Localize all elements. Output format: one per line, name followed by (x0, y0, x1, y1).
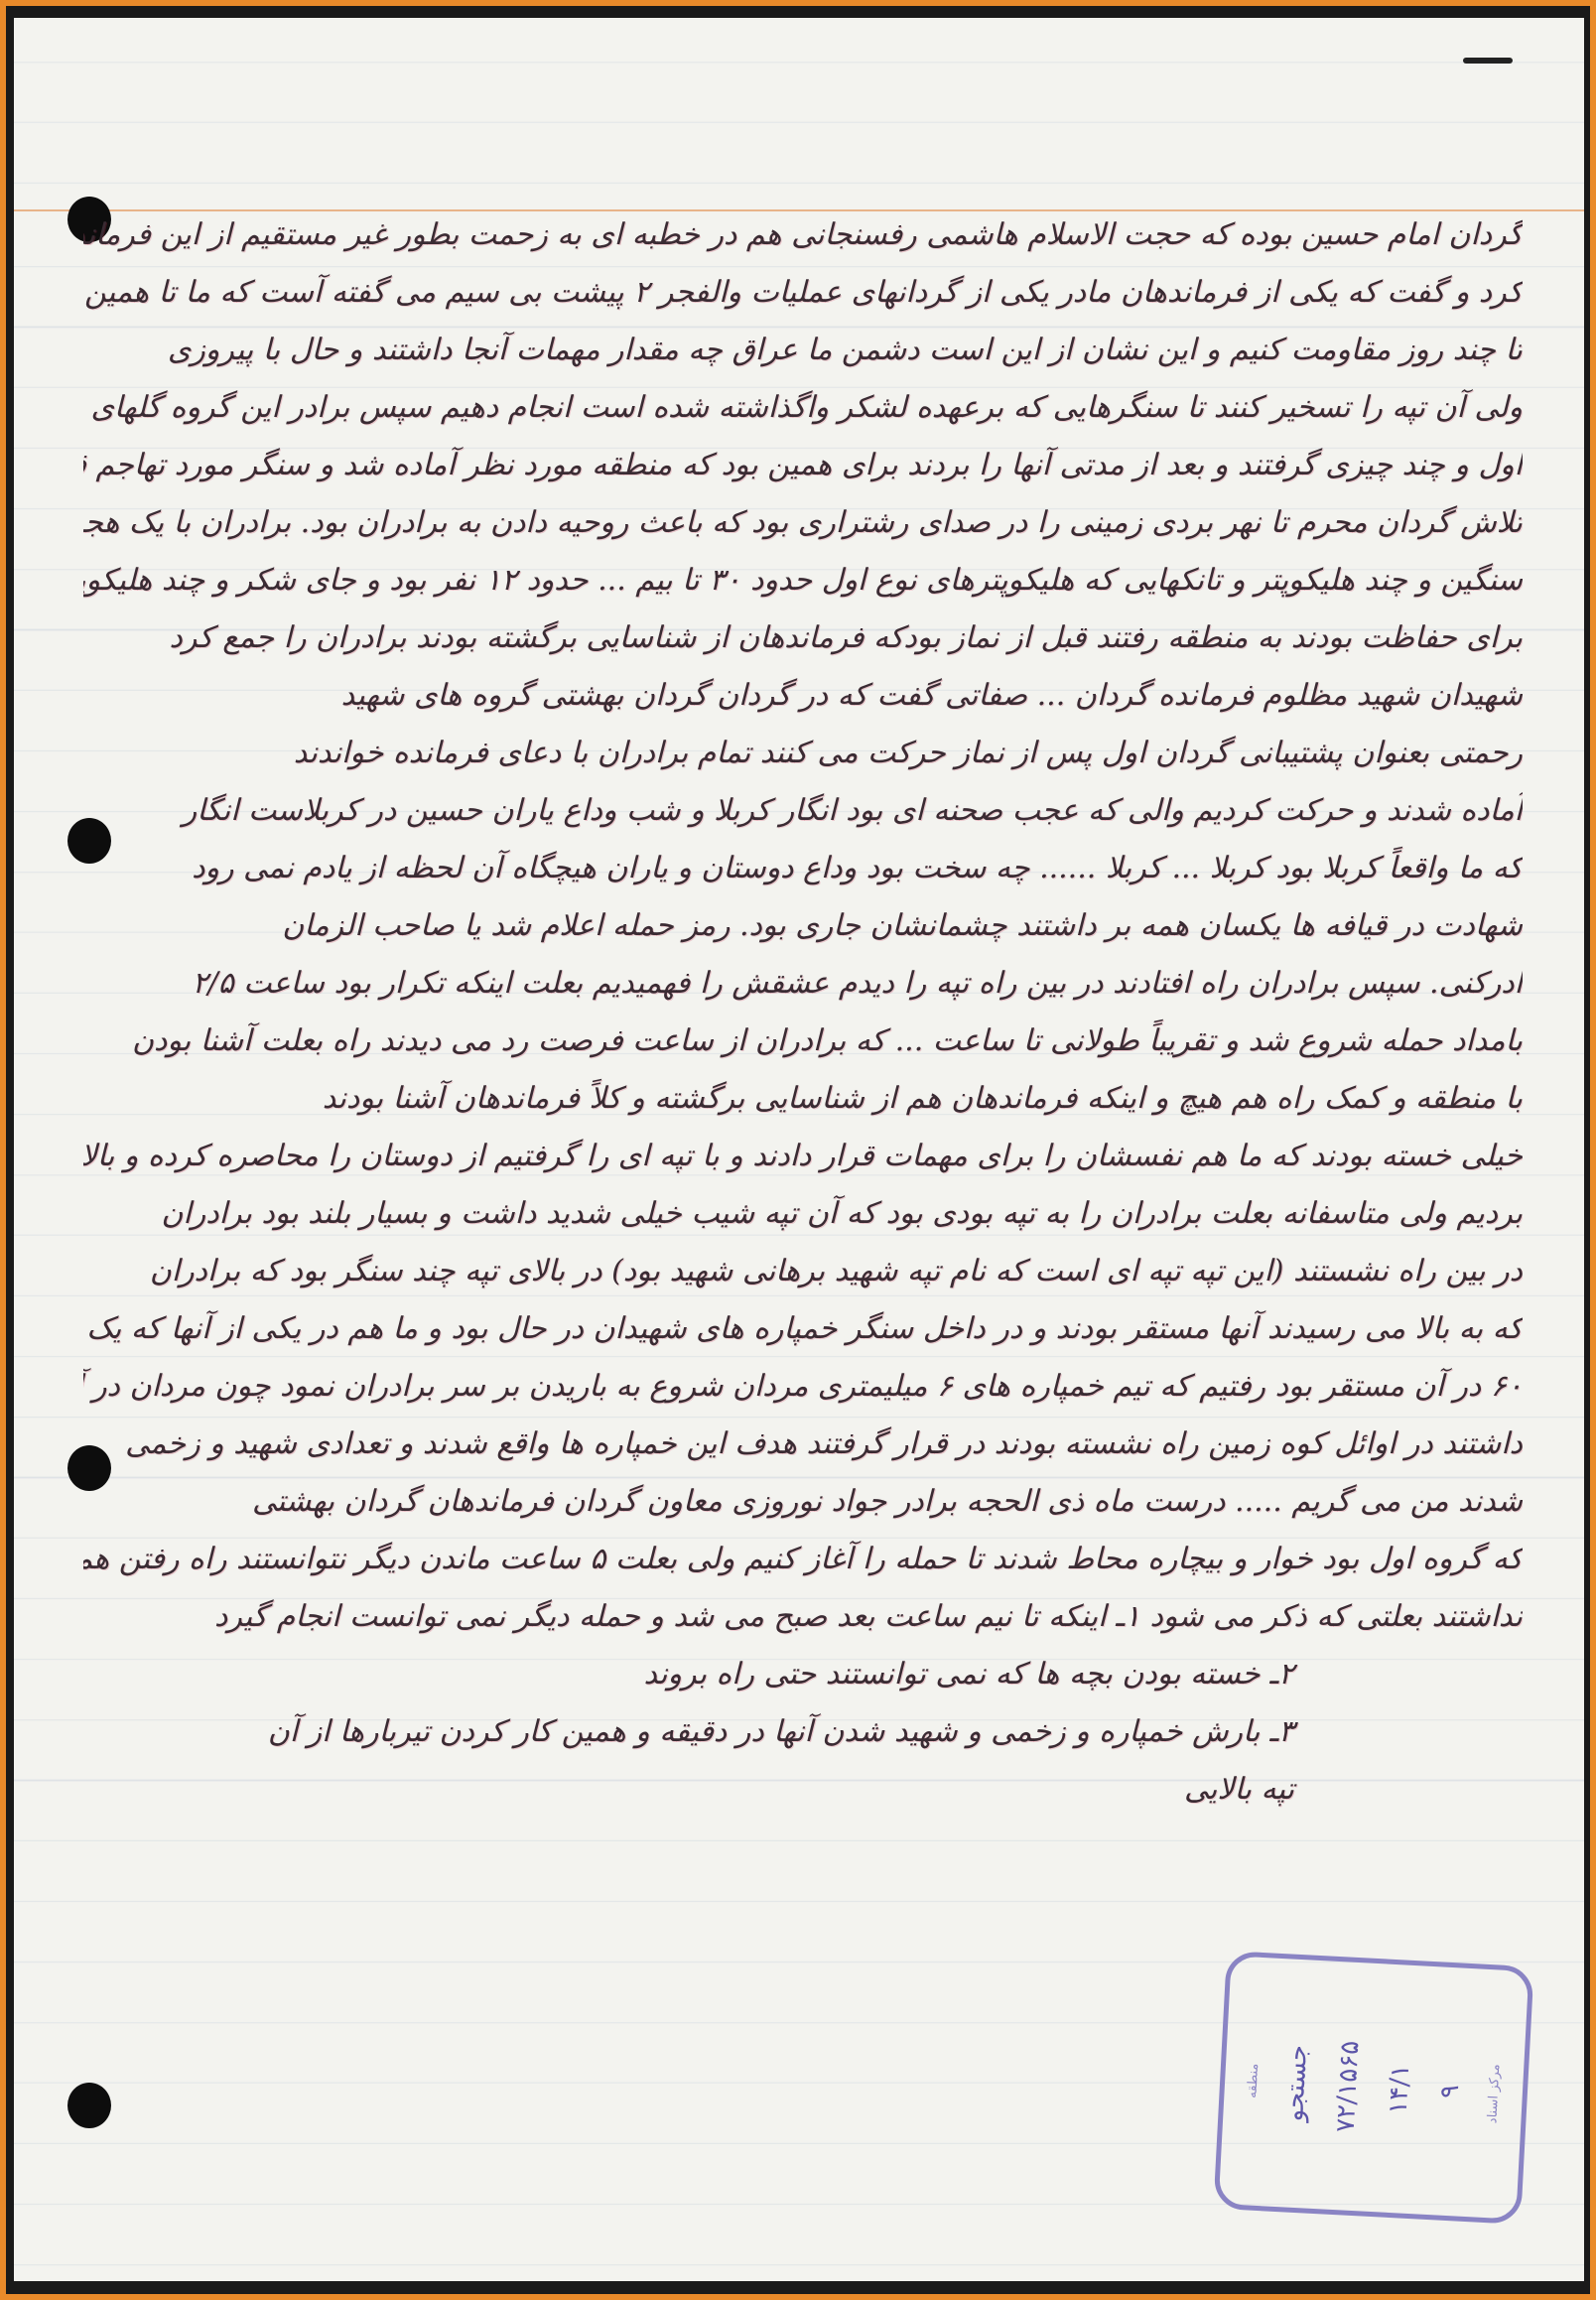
text-line: خیلی خسته بودند که ما هم نفسشان را برای … (83, 1128, 1523, 1185)
pen-mark (1463, 58, 1513, 64)
text-line: ادرکنی. سپس برادران راه افتادند در بین ر… (83, 955, 1523, 1013)
text-line: با منطقه و کمک راه هم هیچ و اینکه فرماند… (83, 1070, 1523, 1128)
text-line: نداشتند بعلتی که ذکر می شود ۱ـ اینکه تا … (83, 1588, 1523, 1646)
stamp-field: ۷۲/۱۵۶۵ (1331, 2040, 1366, 2133)
text-line: تلاش گردان محرم تا نهر بردی زمینی را در … (83, 494, 1523, 552)
text-line: داشتند در اوائل کوه زمین راه نشسته بودند… (83, 1416, 1523, 1473)
binder-hole-icon (67, 2083, 111, 2128)
list-item: تپه بالایی (83, 1761, 1523, 1819)
text-line: در بین راه نشستند (این تپه تپه ای است که… (83, 1243, 1523, 1300)
text-line: برای حفاظت بودند به منطقه رفتند قبل از ن… (83, 609, 1523, 667)
text-line: که به بالا می رسیدند آنها مستقر بودند و … (83, 1300, 1523, 1358)
text-line: سنگین و چند هلیکوپتر و تانکهایی که هلیکو… (83, 552, 1523, 609)
stamp-field: ۹ (1435, 2084, 1466, 2099)
handwritten-body: گردان امام حسین بوده که حجت الاسلام هاشم… (83, 206, 1523, 1819)
stamp-field: منطقه (1245, 2064, 1262, 2099)
text-line: ۶۰ در آن مستقر بود رفتیم که تیم خمپاره ه… (83, 1358, 1523, 1416)
text-line: که گروه اول بود خوار و بیچاره محاط شدند … (83, 1531, 1523, 1588)
text-line: کرد و گفت که یکی از فرماندهان مادر یکی ا… (83, 264, 1523, 322)
text-line: که ما واقعاً کربلا بود کربلا ... کربلا .… (83, 840, 1523, 897)
stamp-field: ۱۴/۱ (1383, 2063, 1415, 2114)
text-line: بردیم ولی متاسفانه بعلت برادران را به تپ… (83, 1185, 1523, 1243)
text-line: شهیدان شهید مظلوم فرمانده گردان ... صفات… (83, 667, 1523, 725)
paper-sheet: گردان امام حسین بوده که حجت الاسلام هاشم… (14, 18, 1584, 2281)
text-line: شدند من می گریم ..... درست ماه ذی الحجه … (83, 1473, 1523, 1531)
text-line: بامداد حمله شروع شد و تقریباً طولانی تا … (83, 1013, 1523, 1070)
list-item: ۲ـ خسته بودن بچه ها که نمی توانستند حتی … (83, 1646, 1523, 1703)
text-line: اول و چند چیزی گرفتند و بعد از مدتی آنها… (83, 437, 1523, 494)
stamp-field: جستجو (1280, 2045, 1314, 2123)
text-line: شهادت در قیافه ها یکسان همه بر داشتند چش… (83, 897, 1523, 955)
list-item: ۳ـ بارش خمپاره و زخمی و شهید شدن آنها در… (83, 1703, 1523, 1761)
text-line: آماده شدند و حرکت کردیم والی که عجب صحنه… (83, 782, 1523, 840)
text-line: ولی آن تپه را تسخیر کنند تا سنگرهایی که … (83, 379, 1523, 437)
text-line: گردان امام حسین بوده که حجت الاسلام هاشم… (83, 206, 1523, 264)
archive-stamp: مرکز اسناد۹۱۴/۱۷۲/۱۵۶۵جستجومنطقه (1213, 1951, 1533, 2225)
stamp-field: مرکز اسناد (1485, 2064, 1503, 2124)
text-line: رحمتی بعنوان پشتیبانی گردان اول پس از نم… (83, 725, 1523, 782)
text-line: تا چند روز مقاومت کنیم و این نشان از این… (83, 322, 1523, 379)
